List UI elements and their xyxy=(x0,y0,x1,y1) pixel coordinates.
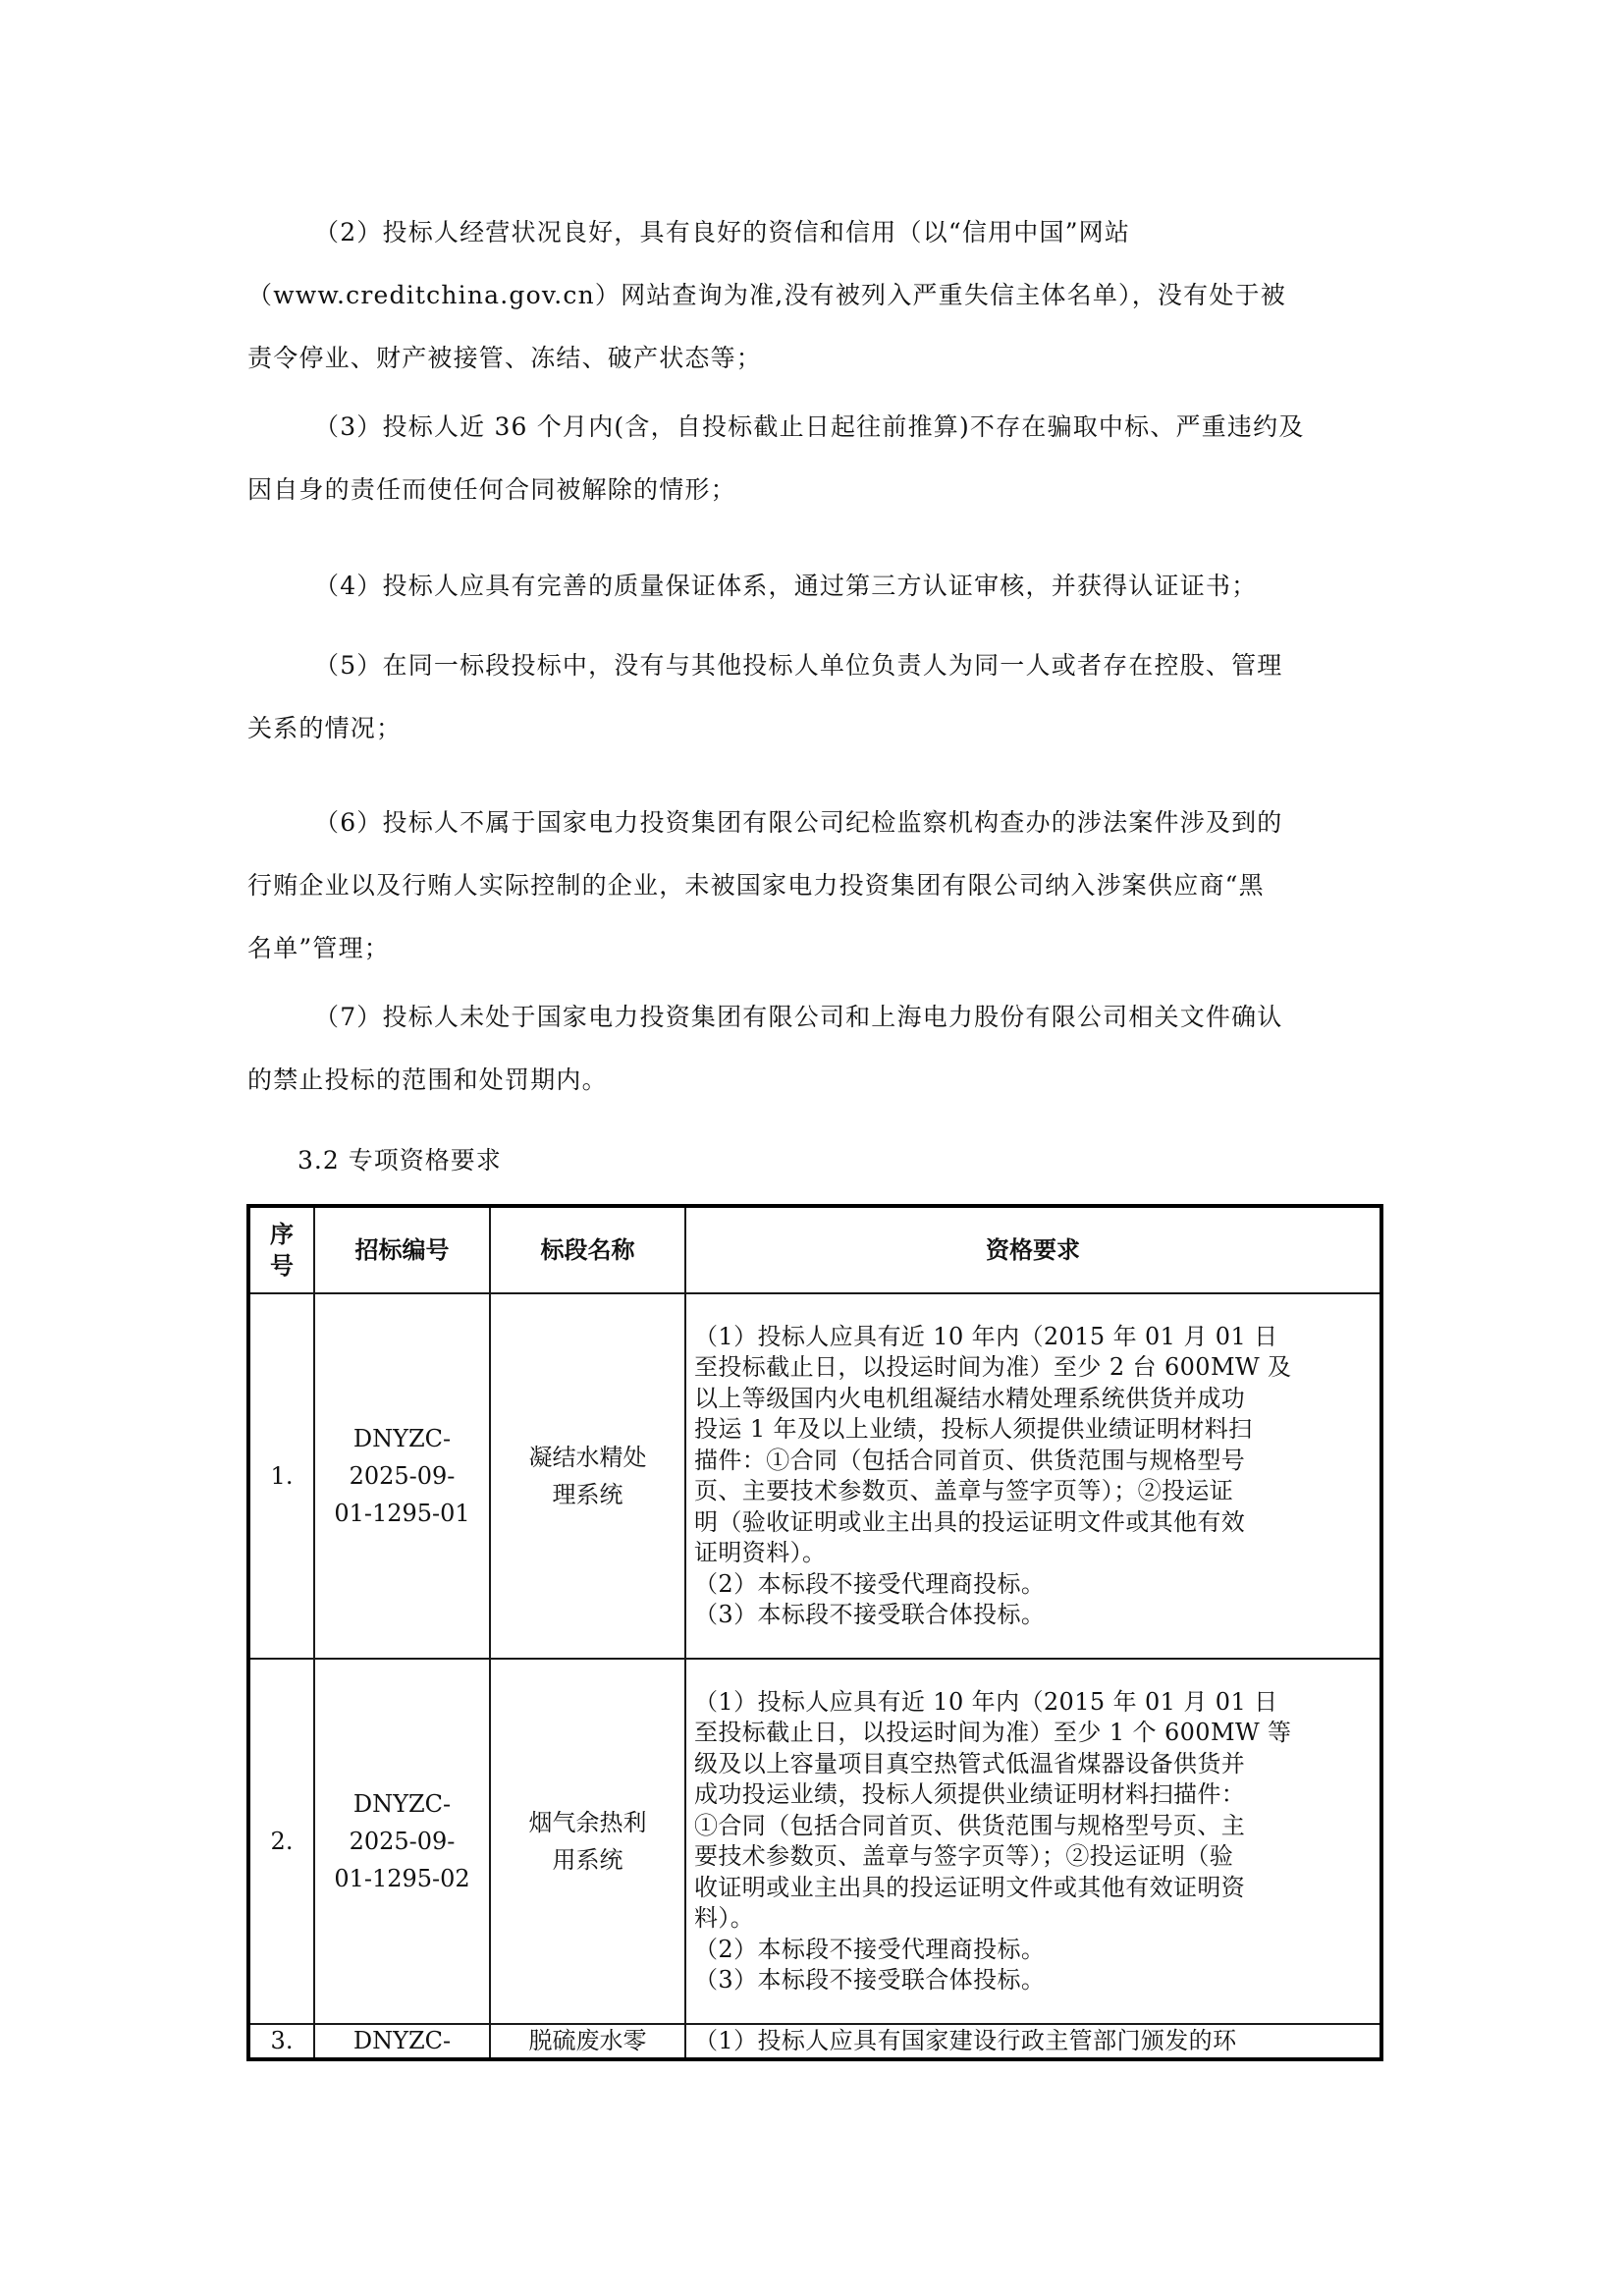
table-row: 2. DNYZC- 2025-09- 01-1295-02 烟气余热利 用系统 … xyxy=(248,1659,1381,2024)
table-row: 3. DNYZC- 脱硫废水零 （1）投标人应具有国家建设行政主管部门颁发的环 xyxy=(248,2024,1381,2059)
paragraph-line: （4）投标人应具有完善的质量保证体系，通过第三方认证审核，并获得认证证书； xyxy=(314,572,1257,600)
qualification-table: 序 号 招标编号 标段名称 资格要求 1. DNYZC- 2025-09- 01… xyxy=(246,1204,1383,2061)
paragraph-4: （4）投标人应具有完善的质量保证体系，通过第三方认证审核，并获得认证证书； xyxy=(247,555,1382,618)
header-seq: 序 号 xyxy=(248,1206,314,1293)
paragraph-2: （2）投标人经营状况良好，具有良好的资信和信用（以“信用中国”网站 （www.c… xyxy=(247,201,1382,390)
header-name: 标段名称 xyxy=(490,1206,685,1293)
cell-requirement: （1）投标人应具有国家建设行政主管部门颁发的环 xyxy=(685,2024,1381,2059)
cell-code: DNYZC- 2025-09- 01-1295-01 xyxy=(314,1293,490,1659)
paragraph-line: （6）投标人不属于国家电力投资集团有限公司纪检监察机构查办的涉法案件涉及到的 xyxy=(314,808,1283,837)
paragraph-3: （3）投标人近 36 个月内(含，自投标截止日起往前推算)不存在骗取中标、严重违… xyxy=(247,396,1382,521)
header-requirement: 资格要求 xyxy=(685,1206,1381,1293)
cell-code: DNYZC- xyxy=(314,2024,490,2059)
cell-code: DNYZC- 2025-09- 01-1295-02 xyxy=(314,1659,490,2024)
cell-requirement: （1）投标人应具有近 10 年内（2015 年 01 月 01 日 至投标截止日… xyxy=(685,1659,1381,2024)
paragraph-line: （5）在同一标段投标中，没有与其他投标人单位负责人为同一人或者存在控股、管理 xyxy=(314,651,1283,680)
paragraph-7: （7）投标人未处于国家电力投资集团有限公司和上海电力股份有限公司相关文件确认 的… xyxy=(247,986,1382,1112)
header-code: 招标编号 xyxy=(314,1206,490,1293)
paragraph-line: 责令停业、财产被接管、冻结、破产状态等； xyxy=(247,344,762,372)
cell-requirement: （1）投标人应具有近 10 年内（2015 年 01 月 01 日 至投标截止日… xyxy=(685,1293,1381,1659)
cell-name: 脱硫废水零 xyxy=(490,2024,685,2059)
document-page: （2）投标人经营状况良好，具有良好的资信和信用（以“信用中国”网站 （www.c… xyxy=(0,0,1623,2296)
paragraph-line: 的禁止投标的范围和处罚期内。 xyxy=(247,1066,608,1094)
cell-name: 烟气余热利 用系统 xyxy=(490,1659,685,2024)
paragraph-line: 名单”管理； xyxy=(247,934,390,962)
paragraph-line: 关系的情况； xyxy=(247,714,402,742)
cell-seq: 3. xyxy=(248,2024,314,2059)
section-heading: 3.2 专项资格要求 xyxy=(298,1141,502,1180)
paragraph-line: （www.creditchina.gov.cn）网站查询为准,没有被列入严重失信… xyxy=(247,281,1286,309)
paragraph-line: （7）投标人未处于国家电力投资集团有限公司和上海电力股份有限公司相关文件确认 xyxy=(314,1003,1283,1031)
paragraph-5: （5）在同一标段投标中，没有与其他投标人单位负责人为同一人或者存在控股、管理 关… xyxy=(247,634,1382,760)
cell-seq: 2. xyxy=(248,1659,314,2024)
paragraph-6: （6）投标人不属于国家电力投资集团有限公司纪检监察机构查办的涉法案件涉及到的 行… xyxy=(247,792,1382,980)
paragraph-line: 行贿企业以及行贿人实际控制的企业，未被国家电力投资集团有限公司纳入涉案供应商“黑 xyxy=(247,871,1265,900)
paragraph-line: 因自身的责任而使任何合同被解除的情形； xyxy=(247,475,736,504)
table-header-row: 序 号 招标编号 标段名称 资格要求 xyxy=(248,1206,1381,1293)
cell-name: 凝结水精处 理系统 xyxy=(490,1293,685,1659)
paragraph-line: （2）投标人经营状况良好，具有良好的资信和信用（以“信用中国”网站 xyxy=(314,218,1130,246)
cell-seq: 1. xyxy=(248,1293,314,1659)
paragraph-line: （3）投标人近 36 个月内(含，自投标截止日起往前推算)不存在骗取中标、严重违… xyxy=(314,412,1305,441)
table-row: 1. DNYZC- 2025-09- 01-1295-01 凝结水精处 理系统 … xyxy=(248,1293,1381,1659)
